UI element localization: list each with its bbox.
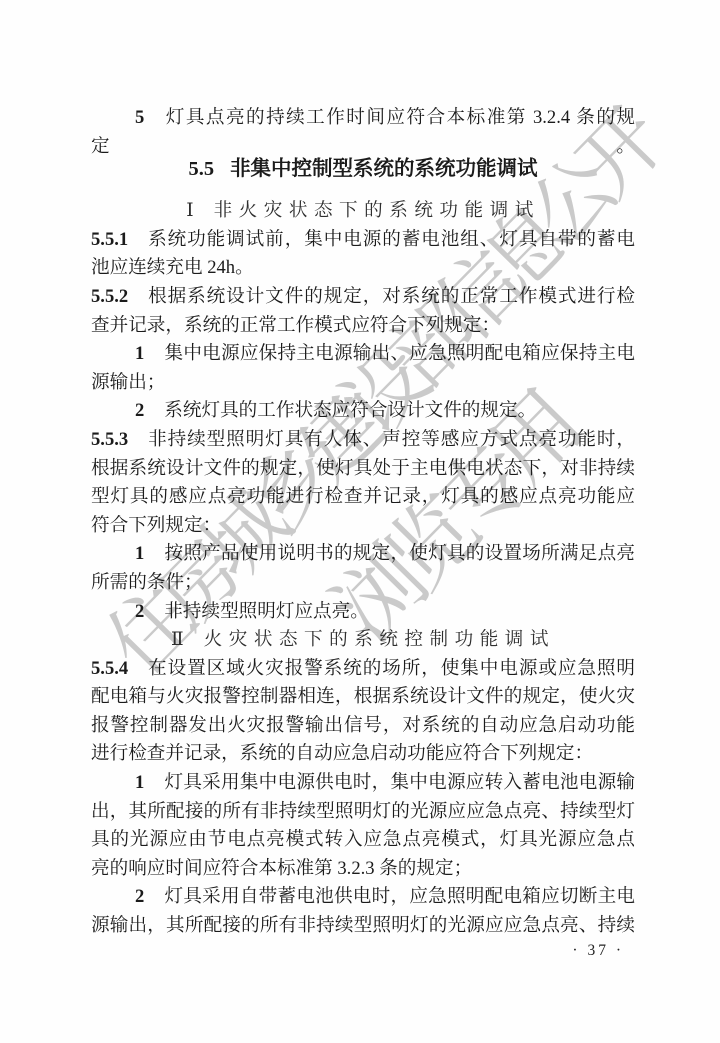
text-line: 进行检查并记录，系统的自动应急启动功能应符合下列规定： — [91, 740, 635, 769]
text-line: 池应连续充电 24h。 — [91, 254, 635, 283]
line-text: 符合下列规定： — [91, 515, 221, 536]
line-text: 系统灯具的工作状态应符合设计文件的规定。 — [164, 400, 536, 421]
line-text: 在设置区域火灾报警系统的场所，使集中电源或应急照明 — [147, 658, 635, 679]
document-page: 住房城乡建设部信息公开 浏览专用 5灯具点亮的持续工作时间应符合本标准第 3.2… — [0, 0, 720, 1043]
list-item-line: 1集中电源应保持主电源输出、应急照明配电箱应保持主电 — [91, 340, 635, 369]
clause-line: 5.5.2根据系统设计文件的规定，对系统的正常工作模式进行检 — [91, 283, 635, 312]
line-text: 进行检查并记录，系统的自动应急启动功能应符合下列规定： — [91, 743, 593, 764]
list-item-line: 2灯具采用自带蓄电池供电时，应急照明配电箱应切断主电 — [91, 883, 635, 912]
line-number: 2 — [135, 601, 144, 622]
line-text: 火灾状态下的系统控制功能调试 — [204, 629, 555, 650]
line-number: 2 — [135, 886, 144, 907]
line-text: 报警控制器发出火灾报警输出信号，对系统的自动应急启动功能 — [91, 715, 635, 736]
line-text: 具的光源应由节电点亮模式转入应急点亮模式，灯具光源应急点 — [91, 829, 635, 850]
line-text: 配电箱与火灾报警控制器相连，根据系统设计文件的规定，使火灾 — [91, 686, 635, 707]
line-text: 灯具点亮的持续工作时间应符合本标准第 3.2.4 条的规定。 — [91, 107, 635, 157]
list-item-line: 1按照产品使用说明书的规定，使灯具的设置场所满足点亮 — [91, 540, 635, 569]
line-number: 1 — [135, 543, 144, 564]
line-text: 源输出； — [91, 372, 165, 393]
line-number: 1 — [135, 343, 144, 364]
list-item-line: 5灯具点亮的持续工作时间应符合本标准第 3.2.4 条的规定。 — [91, 104, 635, 133]
line-text: 非持续型照明灯应点亮。 — [164, 601, 369, 622]
line-text: 亮的响应时间应符合本标准第 3.2.3 条的规定； — [91, 858, 472, 879]
list-item-line: 1灯具采用集中电源供电时，集中电源应转入蓄电池电源输 — [91, 769, 635, 798]
list-item-line: 2系统灯具的工作状态应符合设计文件的规定。 — [91, 397, 635, 426]
text-line: 亮的响应时间应符合本标准第 3.2.3 条的规定； — [91, 855, 635, 884]
clause-line: 5.5.4在设置区域火灾报警系统的场所，使集中电源或应急照明 — [91, 655, 635, 684]
line-text: 查并记录，系统的正常工作模式应符合下列规定： — [91, 315, 500, 336]
line-number: 5.5.2 — [91, 286, 128, 307]
line-number: Ⅰ — [186, 200, 193, 221]
text-line: 符合下列规定： — [91, 512, 635, 541]
text-line: 报警控制器发出火灾报警输出信号，对系统的自动应急启动功能 — [91, 712, 635, 741]
line-text: 所需的条件； — [91, 572, 203, 593]
text-line: 具的光源应由节电点亮模式转入应急点亮模式，灯具光源应急点 — [91, 826, 635, 855]
subsection-heading: Ⅱ火灾状态下的系统控制功能调试 — [91, 626, 635, 655]
line-text: 源输出，其所配接的所有非持续型照明灯的光源应应急点亮、持续 — [91, 915, 635, 936]
line-number: 5.5 — [188, 158, 214, 180]
list-item-line: 2非持续型照明灯应点亮。 — [91, 598, 635, 627]
line-text: 池应连续充电 24h。 — [91, 257, 254, 278]
line-text: 系统功能调试前，集中电源的蓄电池组、灯具自带的蓄电 — [147, 229, 635, 250]
line-text: 非持续型照明灯具有人体、声控等感应方式点亮功能时， — [147, 429, 635, 450]
line-number: 2 — [135, 400, 144, 421]
text-line: 源输出； — [91, 369, 635, 398]
text-line: 查并记录，系统的正常工作模式应符合下列规定： — [91, 312, 635, 341]
line-number: 5.5.1 — [91, 229, 128, 250]
line-number: 5.5.4 — [91, 658, 128, 679]
text-line: 源输出，其所配接的所有非持续型照明灯的光源应应急点亮、持续 — [91, 912, 635, 941]
text-line: 根据系统设计文件的规定，使灯具处于主电供电状态下，对非持续 — [91, 455, 635, 484]
line-text: 根据系统设计文件的规定，使灯具处于主电供电状态下，对非持续 — [91, 458, 635, 479]
line-text: 灯具采用自带蓄电池供电时，应急照明配电箱应切断主电 — [164, 886, 635, 907]
clause-line: 5.5.3非持续型照明灯具有人体、声控等感应方式点亮功能时， — [91, 426, 635, 455]
line-text: 非集中控制型系统的系统功能调试 — [230, 158, 538, 180]
line-number: Ⅱ — [171, 629, 184, 650]
text-line: 所需的条件； — [91, 569, 635, 598]
text-block: 5灯具点亮的持续工作时间应符合本标准第 3.2.4 条的规定。5.5非集中控制型… — [91, 0, 635, 941]
line-text: 出，其所配接的所有非持续型照明灯的光源应应急点亮、持续型灯 — [91, 801, 635, 822]
line-number: 5 — [135, 107, 144, 128]
line-text: 集中电源应保持主电源输出、应急照明配电箱应保持主电 — [164, 343, 635, 364]
line-text: 根据系统设计文件的规定，对系统的正常工作模式进行检 — [147, 286, 635, 307]
line-text: 型灯具的感应点亮功能进行检查并记录，灯具的感应点亮功能应 — [91, 486, 635, 507]
clause-line: 5.5.1系统功能调试前，集中电源的蓄电池组、灯具自带的蓄电 — [91, 226, 635, 255]
line-text: 灯具采用集中电源供电时，集中电源应转入蓄电池电源输 — [164, 772, 635, 793]
text-line: 配电箱与火灾报警控制器相连，根据系统设计文件的规定，使火灾 — [91, 683, 635, 712]
subsection-heading: Ⅰ非火灾状态下的系统功能调试 — [91, 197, 635, 226]
text-line: 型灯具的感应点亮功能进行检查并记录，灯具的感应点亮功能应 — [91, 483, 635, 512]
text-line: 出，其所配接的所有非持续型照明灯的光源应应急点亮、持续型灯 — [91, 798, 635, 827]
page-number: · 37 · — [91, 942, 624, 960]
line-number: 1 — [135, 772, 144, 793]
line-text: 按照产品使用说明书的规定，使灯具的设置场所满足点亮 — [164, 543, 635, 564]
line-text: 非火灾状态下的系统功能调试 — [214, 200, 540, 221]
line-number: 5.5.3 — [91, 429, 128, 450]
